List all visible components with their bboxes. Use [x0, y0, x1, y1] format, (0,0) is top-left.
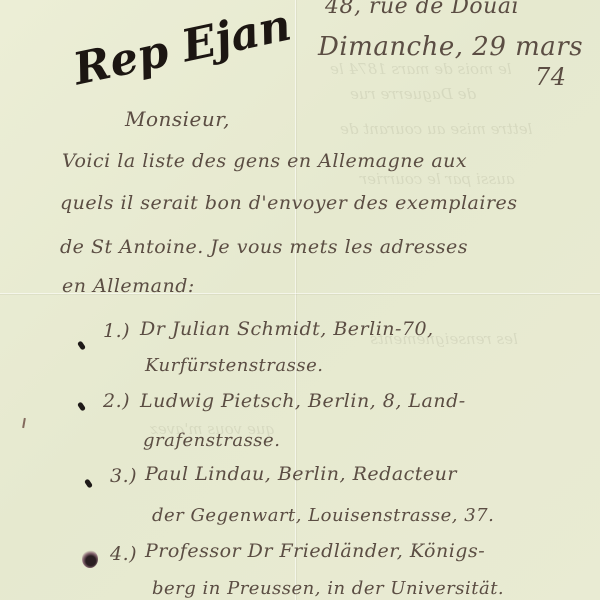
date-year: 74 [535, 63, 567, 91]
list-item-line: Dr Julian Schmidt, Berlin-70, [140, 318, 434, 340]
list-item-line: Kurfürstenstrasse. [145, 355, 323, 376]
body-line: quels il serait bon d'envoyer des exempl… [60, 192, 518, 214]
sender-address: 48, rue de Douai [325, 0, 519, 19]
letter-page: le mois de mars 1874 le de Daguerre rue … [0, 0, 600, 600]
body-line: de St Antoine. Je vous mets les adresses [60, 236, 468, 258]
bleed-through-text: aussi par le courrier [360, 170, 515, 188]
check-mark-icon [84, 478, 93, 488]
body-line: Voici la liste des gens en Allemagne aux [62, 150, 467, 172]
ink-fleck [22, 418, 26, 428]
list-item-number: 4.) [110, 543, 137, 565]
ink-blot [82, 550, 98, 568]
check-mark-icon [77, 340, 86, 350]
list-item-number: 3.) [110, 465, 137, 487]
date-line: Dimanche, 29 mars [318, 32, 583, 62]
list-item-line: berg in Preussen, in der Universität. [152, 578, 504, 599]
salutation: Monsieur, [125, 107, 230, 131]
list-item-line: Paul Lindau, Berlin, Redacteur [145, 463, 457, 485]
check-mark-icon [77, 401, 86, 411]
list-item-line: Professor Dr Friedländer, Königs- [145, 540, 485, 562]
list-item-line: der Gegenwart, Louisenstrasse, 37. [152, 505, 494, 526]
list-item-line: Ludwig Pietsch, Berlin, 8, Land- [140, 390, 466, 412]
bleed-through-text: de Daguerre rue [350, 85, 476, 103]
list-item-number: 1.) [103, 320, 130, 342]
archival-annotation: Rep Ejan [69, 0, 295, 95]
list-item-number: 2.) [103, 390, 130, 412]
bleed-through-text: lettre mise au courant de [340, 120, 532, 138]
body-line: en Allemand: [62, 275, 195, 297]
bleed-through-text: le mois de mars 1874 le [330, 60, 512, 78]
list-item-line: grafenstrasse. [143, 430, 280, 451]
